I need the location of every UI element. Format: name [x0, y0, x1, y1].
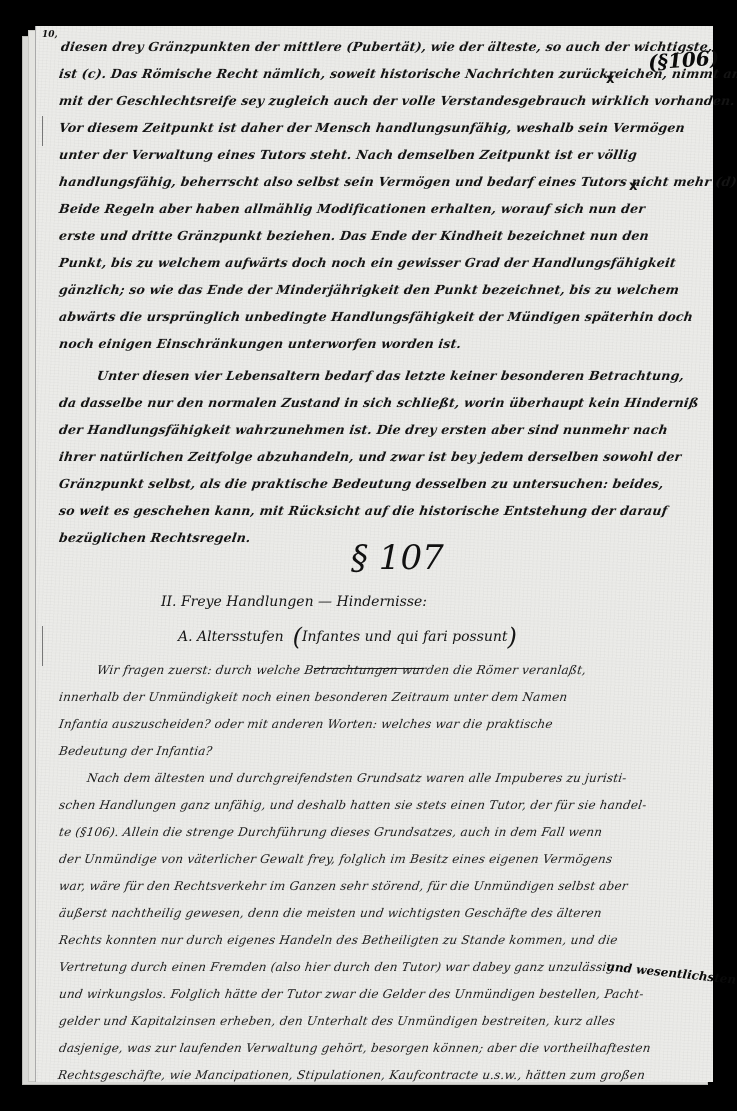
text-line: Rechtsgeschäfte, wie Mancipationen, Stip…	[57, 1067, 646, 1082]
page-lower-region: Rechtsgeschäfte, wie Mancipationen, Stip…	[35, 26, 712, 1082]
